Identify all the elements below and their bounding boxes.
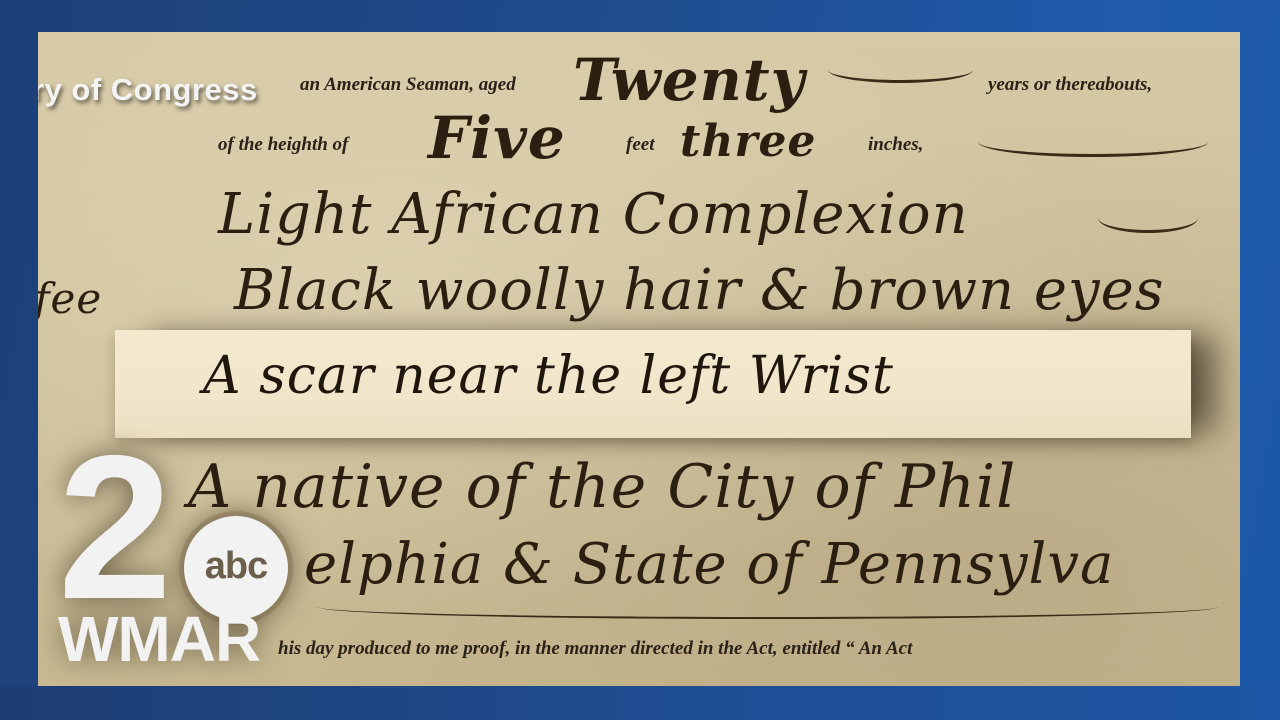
flourish-line (828, 70, 973, 83)
highlighted-description: A scar near the left Wrist (115, 330, 1191, 438)
handwritten-native-city: A native of the City of Phil (188, 452, 1016, 522)
handwritten-hair-eyes: Black woolly hair & brown eyes (234, 258, 1165, 323)
printed-years: years or thereabouts, (988, 74, 1152, 96)
flourish-line (318, 607, 1218, 619)
highlighted-scar-text: A scar near the left Wrist (203, 346, 894, 406)
flourish-line (978, 142, 1208, 157)
printed-heighth: of the heighth of (218, 134, 348, 156)
printed-feet: feet (626, 134, 654, 156)
handwritten-feet: Five (428, 104, 566, 172)
printed-act-text: his day produced to me proof, in the man… (278, 638, 912, 660)
printed-inches: inches, (868, 134, 923, 156)
margin-handwriting: fee (38, 274, 102, 323)
station-logo: 2 abc WMAR (58, 438, 288, 678)
handwritten-inches: three (680, 116, 816, 167)
source-caption: ry of Congress (38, 72, 258, 108)
flourish-line (1098, 218, 1198, 233)
handwritten-state: elphia & State of Pennsylva (304, 532, 1114, 597)
network-name: abc (205, 545, 267, 588)
station-callsign: WMAR (58, 606, 260, 672)
handwritten-complexion: Light African Complexion (218, 182, 969, 247)
broadcast-frame: ry of Congress an American Seaman, aged … (0, 0, 1280, 720)
channel-number: 2 (58, 438, 168, 618)
handwritten-age: Twenty (573, 46, 805, 114)
printed-seaman-aged: an American Seaman, aged (300, 74, 516, 96)
